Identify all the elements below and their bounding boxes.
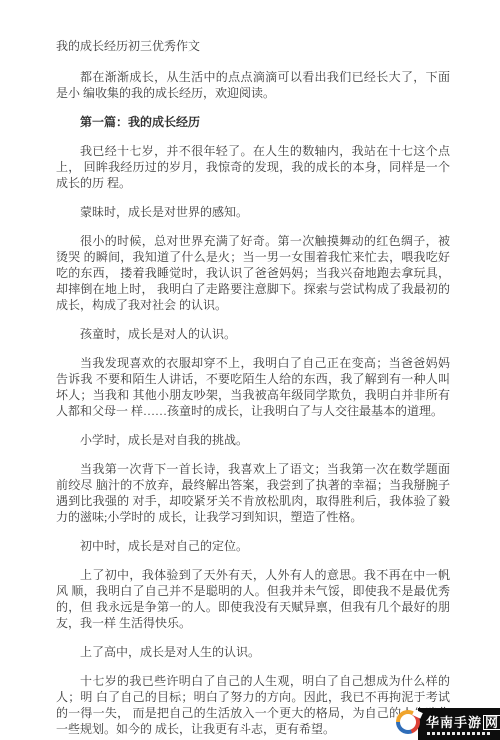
- watermark-name: 华南手游网: [426, 712, 500, 731]
- document-page: 我的成长经历初三优秀作文 都在渐渐成长，从生活中的点点滴滴可以看出我们已经长大了…: [0, 0, 500, 740]
- paragraph-primary: 当我第一次背下一首长诗，我喜欢上了语文；当我第一次在数学题面前绞尽 脑汁的不放弃…: [56, 461, 450, 525]
- paragraph-seventeen: 我已经十七岁，并不很年轻了。在人生的数轴内，我站在十七这个点上， 回眸我经历过的…: [56, 143, 450, 191]
- subheading-gaozhong: 上了高中，成长是对人生的认识。: [56, 644, 450, 660]
- paragraph-childhood: 很小的时候，总对世界充满了好奇。第一次触摸舞动的红色绸子，被烫哭 的瞬间，我知道…: [56, 233, 450, 313]
- section-heading: 第一篇：我的成长经历: [56, 114, 450, 130]
- watermark: 华南手游网: [418, 708, 500, 740]
- watermark-name-main: 华南手游: [426, 715, 482, 730]
- paragraph-junior: 上了初中，我体验到了天外有天，人外有人的意思。我不再在中一帆风 顺，我明白了自己…: [56, 567, 450, 631]
- document-title: 我的成长经历初三优秀作文: [56, 38, 450, 54]
- paragraph-senior: 十七岁的我已些许明白了自己的人生观，明白了自己想成为什么样的人；明 白了自己的目…: [56, 673, 450, 737]
- subheading-chuzhong: 初中时，成长是对自己的定位。: [56, 538, 450, 554]
- watermark-name-boxed: 网: [483, 715, 500, 730]
- watermark-subtext: [427, 732, 491, 735]
- intro-paragraph: 都在渐渐成长，从生活中的点点滴滴可以看出我们已经长大了，下面是小 编收集的我的成…: [56, 69, 450, 101]
- paragraph-people: 当我发现喜欢的衣服却穿不上，我明白了自己正在变高；当爸爸妈妈告诉我 不要和陌生人…: [56, 355, 450, 419]
- subheading-xiaoxue: 小学时，成长是对自我的挑战。: [56, 432, 450, 448]
- huanan-swirl-logo-icon: [396, 710, 420, 734]
- subheading-mengmei: 蒙昧时，成长是对世界的感知。: [56, 204, 450, 220]
- subheading-haitong: 孩童时，成长是对人的认识。: [56, 326, 450, 342]
- essay-content: 我的成长经历初三优秀作文 都在渐渐成长，从生活中的点点滴滴可以看出我们已经长大了…: [56, 38, 450, 737]
